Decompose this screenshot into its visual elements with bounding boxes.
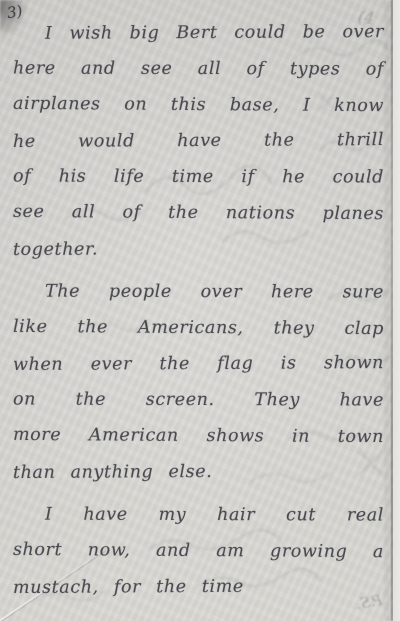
letter-page: 3) (4 P.S. I wish big Bert could be over… [0,0,400,621]
handwriting-line: see all of the nations planes [13,194,384,232]
handwriting-line: I wish big Bert could be over [13,14,384,52]
handwriting-line: more American shows in town [13,417,384,455]
letter-body: I wish big Bert could be over here and s… [13,15,384,605]
handwriting-line: short now, and am growing a [13,532,384,570]
handwriting-line: The people over here sure [13,274,384,311]
scan-margin [393,0,400,621]
handwriting-line: together. [13,230,384,268]
handwriting-line: I have my hair cut real [13,497,384,534]
handwriting-line: here and see all of types of [13,51,384,88]
handwriting-line: when ever the flag is shown [13,345,384,383]
handwriting-line: airplanes on this base, I know [13,86,384,124]
handwriting-line: he would have the thrill [13,122,384,160]
handwriting-line: on the screen. They have [13,382,384,419]
handwriting-line: of his life time if he could [13,159,384,196]
handwriting-line: mustach, for the time [13,568,384,606]
handwriting-line: like the Americans, they clap [13,309,384,347]
handwriting-line: than anything else. [13,453,384,491]
